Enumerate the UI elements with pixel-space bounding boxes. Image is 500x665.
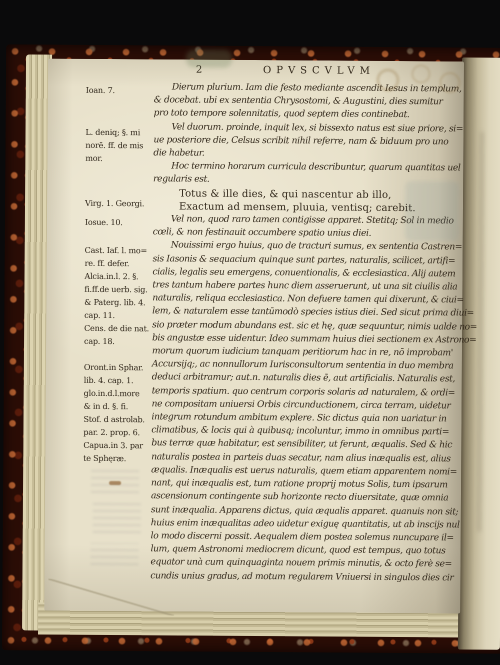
margin-note: Oront.in Sphar.lib. 4. cap. 1.glo.in.d.l… — [83, 361, 152, 465]
margin-note-line: Oront.in Sphar. — [84, 361, 152, 374]
margin-note-line: glo.in.d.l.more — [84, 387, 152, 400]
paragraph: Vel duorum. proinde, inquit lex, si biss… — [153, 121, 457, 163]
margin-note-line: par. 2. prop. 6. — [83, 426, 151, 439]
margin-note: Cast. Iaf. l. mo=re. ff. defer.Alcia.in.… — [84, 244, 153, 348]
bleedthrough-smudge — [93, 503, 141, 533]
margin-note-line: re. ff. defer. — [85, 257, 153, 270]
margin-note-line: cap. 11. — [84, 309, 152, 322]
photo-background: { "scene": "photograph of an early print… — [0, 0, 500, 665]
margin-note-line: te Sphęræ. — [83, 452, 151, 465]
margin-note: Iosue. 10. — [85, 216, 153, 229]
margin-note-line: Alcia.in.l. 2. §. — [84, 270, 152, 283]
margin-note-line: & Paterg. lib. 4. — [84, 296, 152, 309]
book: 2 OPVSCVLVM Ioan. 7.L. deniq; §. minorē.… — [0, 0, 500, 665]
margin-note-line: & in d. §. fi. — [84, 400, 152, 413]
margin-note-line: lib. 4. cap. 1. — [84, 374, 152, 387]
ink-ring-stains — [366, 57, 466, 100]
margin-note: Ioan. 7. — [86, 84, 154, 97]
margin-note-line: mor. — [85, 152, 153, 165]
bleedthrough-smudge — [91, 467, 139, 493]
margin-note: Virg. 1. Georgi. — [85, 197, 153, 210]
bleedthrough-smudge — [90, 543, 138, 565]
margin-note-line: Cens. de die nat. — [84, 322, 152, 335]
margin-note-line: norē. ff. de mis — [85, 139, 153, 152]
text-line: cundis unius gradus, ad motum regularem … — [150, 570, 454, 585]
blue-bleed-stain — [405, 181, 459, 241]
margin-note-line: L. deniq; §. mi — [85, 126, 153, 139]
margin-note-line: Capua.in 3. par — [83, 439, 151, 452]
body-text: Dierum plurium. Iam die festo mediante a… — [150, 81, 457, 585]
margin-note-line: Stof. d astrolab. — [83, 413, 151, 426]
margin-note-line: Virg. 1. Georgi. — [85, 197, 153, 210]
margin-note: L. deniq; §. minorē. ff. de mismor. — [85, 126, 153, 165]
smudge-stain — [186, 50, 232, 68]
paragraph: Nouissimi ergo huius, quo de tracturi su… — [150, 240, 456, 585]
margin-note-line: Cast. Iaf. l. mo= — [85, 244, 153, 257]
margin-note-line: cap. 18. — [84, 335, 152, 348]
margin-note-line: fi.ff.de uerb. sig. — [84, 283, 152, 296]
margin-note-line: Iosue. 10. — [85, 216, 153, 229]
corner-fold-crease — [48, 579, 174, 616]
margin-note-line: Ioan. 7. — [86, 84, 154, 97]
